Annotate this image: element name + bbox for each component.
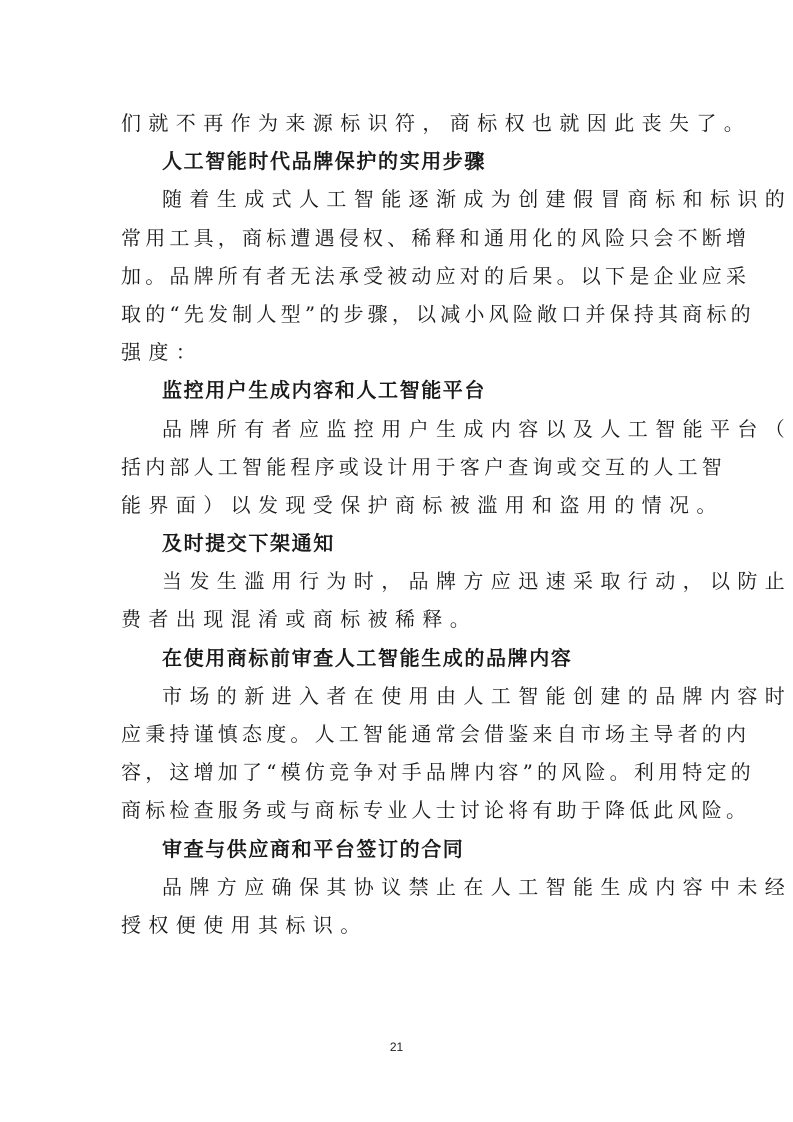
section-heading-review-ai-content: 在使用商标前审查人工智能生成的品牌内容 — [121, 639, 673, 677]
paragraph-line: 费者出现混淆或商标被稀释。 — [121, 600, 673, 638]
paragraph-line: 强度： — [121, 333, 673, 371]
paragraph-line: 能界面）以发现受保护商标被滥用和盗用的情况。 — [121, 486, 673, 524]
paragraph-line: 随着生成式人工智能逐渐成为创建假冒商标和标识的 — [121, 180, 673, 218]
paragraph-line: 商标检查服务或与商标专业人士讨论将有助于降低此风险。 — [121, 791, 673, 829]
section-heading-monitor-ugc: 监控用户生成内容和人工智能平台 — [121, 371, 673, 409]
paragraph-line: 取的“先发制人型”的步骤，以减小风险敞口并保持其商标的 — [121, 295, 673, 333]
section-heading-takedown: 及时提交下架通知 — [121, 524, 673, 562]
paragraph-line: 品牌所有者应监控用户生成内容以及人工智能平台（包 — [121, 410, 673, 448]
paragraph-line: 应秉持谨慎态度。人工智能通常会借鉴来自市场主导者的内 — [121, 715, 673, 753]
paragraph-line: 们就不再作为来源标识符，商标权也就因此丧失了。 — [121, 104, 673, 142]
page-number: 21 — [0, 1040, 793, 1054]
paragraph-line: 加。品牌所有者无法承受被动应对的后果。以下是企业应采 — [121, 257, 673, 295]
paragraph-line: 常用工具，商标遭遇侵权、稀释和通用化的风险只会不断增 — [121, 219, 673, 257]
section-heading-review-contracts: 审查与供应商和平台签订的合同 — [121, 830, 673, 868]
paragraph-line: 授权便使用其标识。 — [121, 906, 673, 944]
paragraph-line: 市场的新进入者在使用由人工智能创建的品牌内容时 — [121, 677, 673, 715]
paragraph-line: 容，这增加了“模仿竞争对手品牌内容”的风险。利用特定的 — [121, 753, 673, 791]
paragraph-line: 品牌方应确保其协议禁止在人工智能生成内容中未经 — [121, 868, 673, 906]
document-page: 们就不再作为来源标识符，商标权也就因此丧失了。 人工智能时代品牌保护的实用步骤 … — [121, 104, 673, 944]
paragraph-line: 当发生滥用行为时，品牌方应迅速采取行动，以防止消 — [121, 562, 673, 600]
paragraph-line: 括内部人工智能程序或设计用于客户查询或交互的人工智 — [121, 448, 673, 486]
section-heading-practical-steps: 人工智能时代品牌保护的实用步骤 — [121, 142, 673, 180]
